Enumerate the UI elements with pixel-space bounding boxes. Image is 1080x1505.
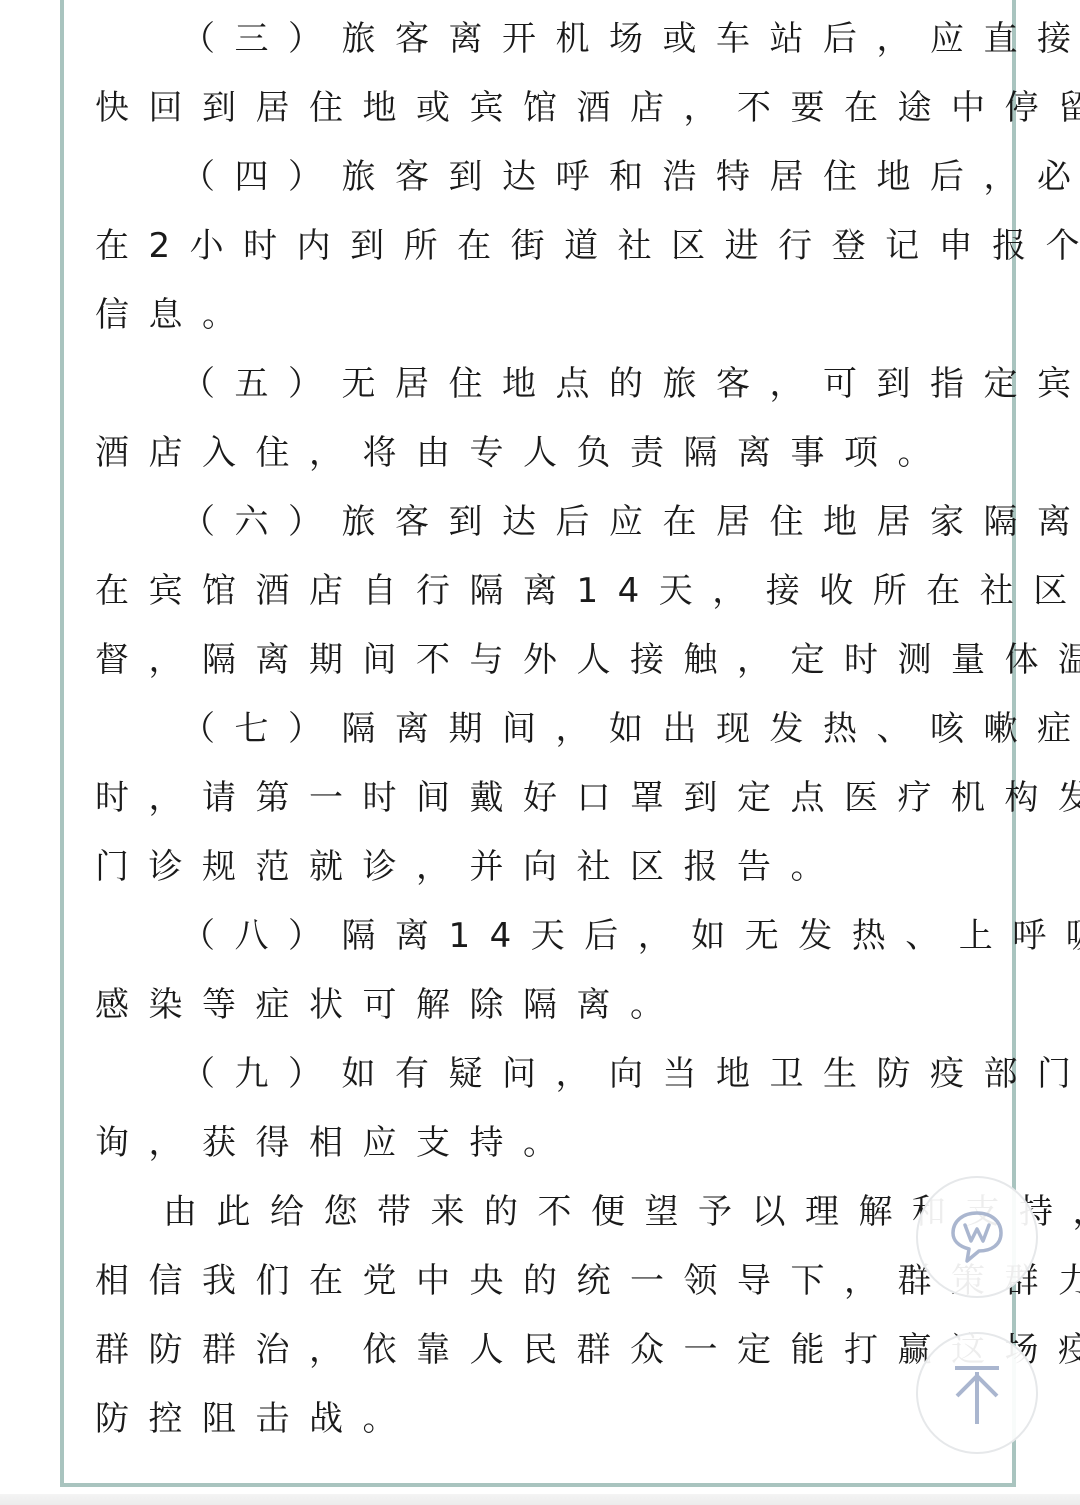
paragraph-line: 防控阻击战。 bbox=[95, 1385, 995, 1454]
paragraph-line: （七）隔离期间，如出现发热、咳嗽症状 bbox=[95, 695, 995, 764]
paragraph-line: 由此给您带来的不便望予以理解和支持， bbox=[95, 1178, 995, 1247]
back-to-top-button[interactable] bbox=[916, 1332, 1038, 1454]
paragraph-line: 在2小时内到所在街道社区进行登记申报个人 bbox=[95, 212, 995, 281]
paragraph-line: 感染等症状可解除隔离。 bbox=[95, 971, 995, 1040]
paragraph-line: 门诊规范就诊，并向社区报告。 bbox=[95, 833, 995, 902]
paragraph-line: 询，获得相应支持。 bbox=[95, 1109, 995, 1178]
paragraph-line: （五）无居住地点的旅客，可到指定宾馆 bbox=[95, 350, 995, 419]
paragraph-line: 信息。 bbox=[95, 281, 995, 350]
paragraph-line: （三）旅客离开机场或车站后，应直接尽 bbox=[95, 5, 995, 74]
chat-button[interactable] bbox=[916, 1176, 1038, 1298]
paragraph-line: 督，隔离期间不与外人接触，定时测量体温。 bbox=[95, 626, 995, 695]
paragraph-line: （八）隔离14天后，如无发热、上呼吸道 bbox=[95, 902, 995, 971]
arrow-up-to-top-icon bbox=[947, 1358, 1007, 1428]
paragraph-line: 时，请第一时间戴好口罩到定点医疗机构发热 bbox=[95, 764, 995, 833]
paragraph-line: 酒店入住，将由专人负责隔离事项。 bbox=[95, 419, 995, 488]
paragraph-line: 在宾馆酒店自行隔离14天，接收所在社区的监 bbox=[95, 557, 995, 626]
paragraph-line: 群防群治，依靠人民群众一定能打赢这场疫情 bbox=[95, 1316, 995, 1385]
paragraph-line: 相信我们在党中央的统一领导下，群策群力， bbox=[95, 1247, 995, 1316]
paragraph-line: （六）旅客到达后应在居住地居家隔离或 bbox=[95, 488, 995, 557]
article-body: （三）旅客离开机场或车站后，应直接尽 快回到居住地或宾馆酒店，不要在途中停留。 … bbox=[95, 5, 995, 1454]
paragraph-line: （九）如有疑问，向当地卫生防疫部门咨 bbox=[95, 1040, 995, 1109]
paragraph-line: （四）旅客到达呼和浩特居住地后，必须 bbox=[95, 143, 995, 212]
wechat-w-bubble-icon bbox=[945, 1205, 1009, 1269]
paragraph-line: 快回到居住地或宾馆酒店，不要在途中停留。 bbox=[95, 74, 995, 143]
bottom-shadow bbox=[0, 1494, 1080, 1505]
